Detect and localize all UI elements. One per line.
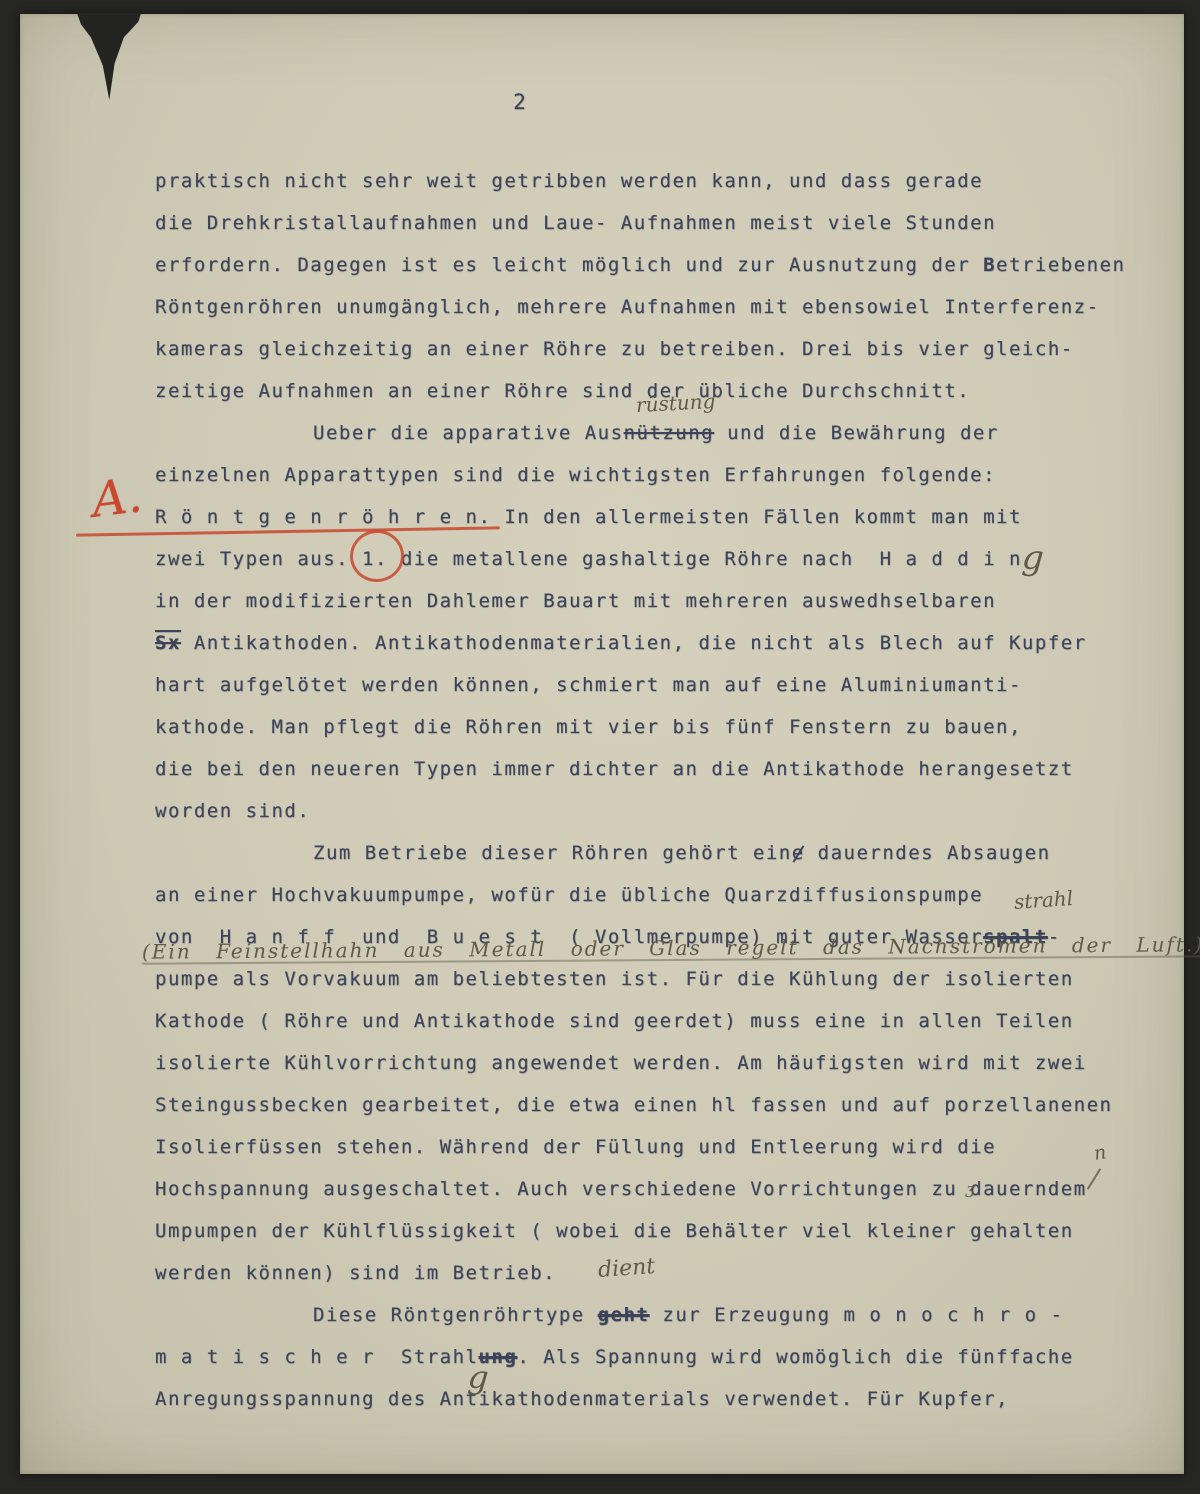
- typed-line: Diese Röntgenröhrtype geht zur Erzeugung…: [155, 1294, 1160, 1336]
- typed-segment: pumpe als Vorvakuum am beliebtesten ist.…: [155, 968, 1074, 990]
- typed-segment: hart aufgelötet werden können, schmiert …: [155, 674, 1022, 696]
- typed-segment: praktisch nicht sehr weit getribben werd…: [155, 170, 983, 192]
- handwritten-g-strahlung: g: [466, 1357, 490, 1397]
- typed-line: praktisch nicht sehr weit getribben werd…: [155, 160, 1160, 202]
- typed-segment: die bei den neueren Typen immer dichter …: [155, 758, 1074, 780]
- typed-line: isolierte Kühlvorrichtung angewendet wer…: [155, 1042, 1160, 1084]
- typed-lines: praktisch nicht sehr weit getribben werd…: [155, 160, 1160, 1420]
- typed-line: an einer Hochvakuumpumpe, wofür die übli…: [155, 874, 1160, 916]
- typed-segment: Hochspannung ausgeschaltet. Auch verschi…: [155, 1178, 1087, 1200]
- typed-line: m a t i s c h e r Strahlung. Als Spannun…: [155, 1336, 1160, 1378]
- typed-line: in der modifizierten Dahlemer Bauart mit…: [155, 580, 1160, 622]
- typed-line: einzelnen Apparattypen sind die wichtigs…: [155, 454, 1160, 496]
- typed-line: Isolierfüssen stehen. Während der Füllun…: [155, 1126, 1160, 1168]
- typed-line: die Drehkristallaufnahmen und Laue- Aufn…: [155, 202, 1160, 244]
- typed-line: Zum Betriebe dieser Röhren gehört eine d…: [155, 832, 1160, 874]
- typed-segment: kathode. Man pflegt die Röhren mit vier …: [155, 716, 1022, 738]
- typed-segment-corrected: nützung: [624, 422, 715, 444]
- typed-segment: in der modifizierten Dahlemer Bauart mit…: [155, 590, 996, 612]
- typed-segment: zur Erzeugung m o n o c h r o -: [649, 1304, 1063, 1326]
- typed-segment: etriebenen: [996, 254, 1125, 276]
- typed-segment-corrected: e: [792, 842, 805, 864]
- typed-segment: an einer Hochvakuumpumpe, wofür die übli…: [155, 884, 983, 906]
- typed-segment: Zum Betriebe dieser Röhren gehört ein: [313, 842, 792, 864]
- typed-line: zwei Typen aus. 1. die metallene gashalt…: [155, 538, 1160, 580]
- typed-segment: und die Bewährung der: [714, 422, 999, 444]
- typed-line: kameras gleichzeitig an einer Röhre zu b…: [155, 328, 1160, 370]
- typed-line: Sx Antikathoden. Antikathodenmaterialien…: [155, 622, 1160, 664]
- typed-segment: Umpumpen der Kühlflüssigkeit ( wobei die…: [155, 1220, 1074, 1242]
- typed-line: Umpumpen der Kühlflüssigkeit ( wobei die…: [155, 1210, 1160, 1252]
- typed-line: Röntgenröhren unumgänglich, mehrere Aufn…: [155, 286, 1160, 328]
- typed-line: erfordern. Dagegen ist es leicht möglich…: [155, 244, 1160, 286]
- typed-line: Kathode ( Röhre und Antikathode sind gee…: [155, 1000, 1160, 1042]
- typed-segment: R ö n t g e n r ö h r e n. In den allerm…: [155, 506, 1022, 528]
- typed-segment: Ueber die apparative Aus: [313, 422, 624, 444]
- typed-segment: zwei Typen aus. 1. die metallene gashalt…: [155, 548, 1022, 570]
- page-number: 2: [488, 90, 552, 114]
- margin-letter-annotation: A.: [89, 467, 145, 529]
- typed-line: die bei den neueren Typen immer dichter …: [155, 748, 1160, 790]
- typed-segment: Steingussbecken gearbeitet, die etwa ein…: [155, 1094, 1112, 1116]
- handwritten-strahl: strahl: [1013, 886, 1074, 914]
- typed-line: Hochspannung ausgeschaltet. Auch verschi…: [155, 1168, 1160, 1210]
- typed-segment-corrected: geht: [598, 1304, 650, 1326]
- typed-line: kathode. Man pflegt die Röhren mit vier …: [155, 706, 1160, 748]
- typed-segment: Kathode ( Röhre und Antikathode sind gee…: [155, 1010, 1074, 1032]
- scanned-document-page: 2 praktisch nicht sehr weit getribben we…: [0, 0, 1200, 1494]
- handwritten-g-hadding: g: [1021, 537, 1046, 578]
- torn-notch: [75, 13, 141, 100]
- typed-segment: kameras gleichzeitig an einer Röhre zu b…: [155, 338, 1074, 360]
- typed-segment: einzelnen Apparattypen sind die wichtigs…: [155, 464, 996, 486]
- typed-segment: Isolierfüssen stehen. Während der Füllun…: [155, 1136, 996, 1158]
- typed-segment: m a t i s c h e r Strahl: [155, 1346, 478, 1368]
- typed-segment: werden können) sind im Betrieb.: [155, 1262, 556, 1284]
- typed-line: worden sind.: [155, 790, 1160, 832]
- typed-segment: zeitige Aufnahmen an einer Röhre sind de…: [155, 380, 970, 402]
- typed-line: Anregungsspannung des Antikathodenmateri…: [155, 1378, 1160, 1420]
- typed-segment: Anregungsspannung des Antikathodenmateri…: [155, 1388, 1009, 1410]
- typed-line: pumpe als Vorvakuum am beliebtesten ist.…: [155, 958, 1160, 1000]
- handwritten-ruestung: rüstung: [635, 389, 715, 417]
- typed-segment: . Als Spannung wird womöglich die fünffa…: [517, 1346, 1073, 1368]
- typed-line: Ueber die apparative Ausnützung und die …: [155, 412, 1160, 454]
- typed-line: werden können) sind im Betrieb.: [155, 1252, 1160, 1294]
- typed-segment: isolierte Kühlvorrichtung angewendet wer…: [155, 1052, 1087, 1074]
- typed-line: Steingussbecken gearbeitet, die etwa ein…: [155, 1084, 1160, 1126]
- typed-segment: erfordern. Dagegen ist es leicht möglich…: [155, 254, 983, 276]
- typed-segment: dauerndes Absaugen: [805, 842, 1051, 864]
- typed-segment: worden sind.: [155, 800, 310, 822]
- typed-segment: die Drehkristallaufnahmen und Laue- Aufn…: [155, 212, 996, 234]
- typed-segment: Röntgenröhren unumgänglich, mehrere Aufn…: [155, 296, 1100, 318]
- typed-segment: Diese Röntgenröhrtype: [313, 1304, 598, 1326]
- handwritten-dient: dient: [597, 1254, 656, 1283]
- typed-line: hart aufgelötet werden können, schmiert …: [155, 664, 1160, 706]
- typed-segment: Antikathoden. Antikathodenmaterialien, d…: [181, 632, 1087, 654]
- typed-segment-corrected: Sx: [155, 632, 181, 654]
- typed-segment-corrected: B: [983, 254, 996, 276]
